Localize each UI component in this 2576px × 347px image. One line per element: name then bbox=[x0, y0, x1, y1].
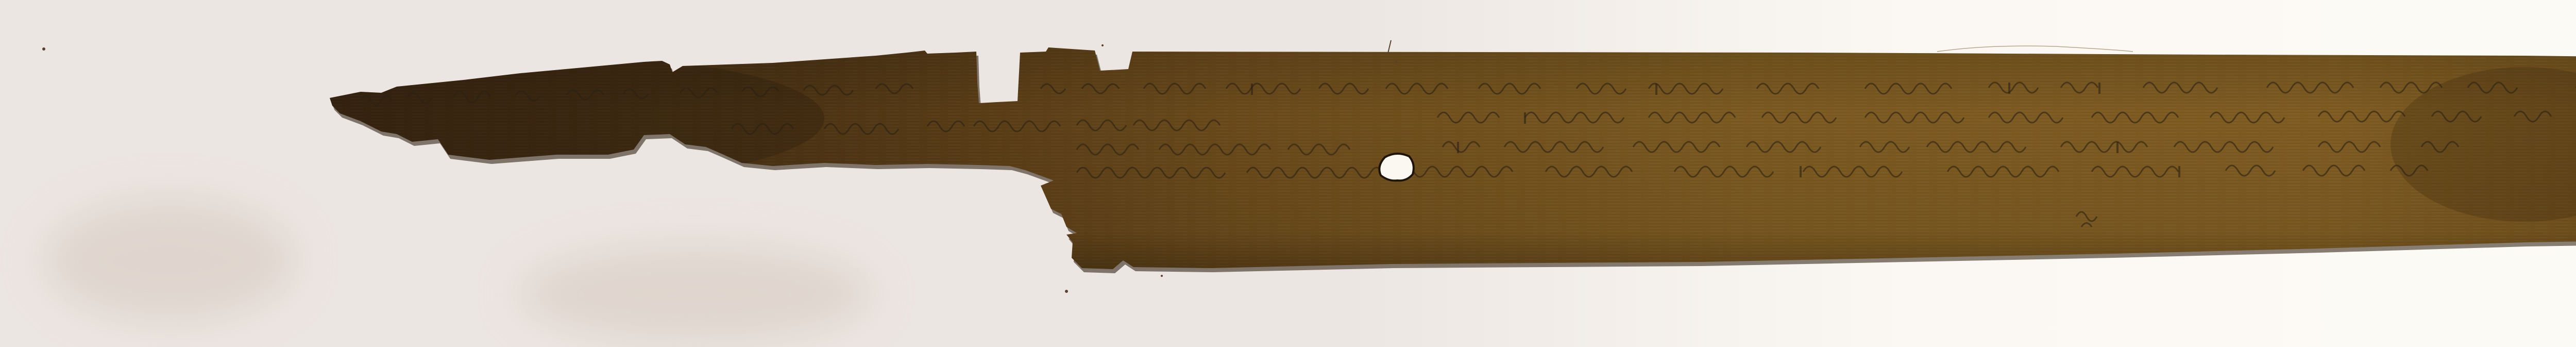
thread bbox=[1937, 46, 2133, 52]
string-hole bbox=[1379, 154, 1414, 180]
manuscript-photo bbox=[0, 0, 2576, 347]
palm-leaf bbox=[0, 0, 2576, 347]
